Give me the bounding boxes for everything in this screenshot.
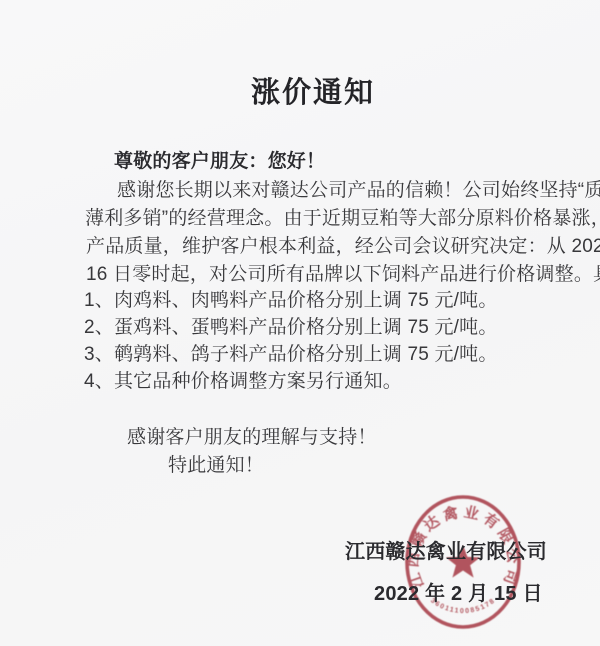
list-item-2: 2、蛋鸡料、蛋鸭料产品价格分别上调 75 元/吨。 bbox=[84, 318, 498, 337]
paragraph-line-1: 感谢您长期以来对赣达公司产品的信赖！公司始终坚持“质量第一、 bbox=[117, 181, 600, 200]
paragraph-line-4: 16 日零时起，对公司所有品牌以下饲料产品进行价格调整。具体如下： bbox=[86, 265, 600, 284]
notice-document: 涨价通知 尊敬的客户朋友：您好！ 感谢您长期以来对赣达公司产品的信赖！公司始终坚… bbox=[0, 0, 600, 646]
company-signature: 江西赣达禽业有限公司 bbox=[345, 543, 547, 562]
list-item-3: 3、鹌鹑料、鸽子料产品价格分别上调 75 元/吨。 bbox=[84, 345, 498, 364]
salutation: 尊敬的客户朋友：您好！ bbox=[114, 152, 325, 171]
notice-date: 2022 年 2 月 15 日 bbox=[374, 585, 543, 604]
page-title: 涨价通知 bbox=[0, 70, 600, 111]
list-item-4: 4、其它品种价格调整方案另行通知。 bbox=[84, 372, 402, 391]
paragraph-line-3: 产品质量，维护客户根本利益，经公司会议研究决定：从 2022 年 2 月 bbox=[86, 237, 600, 256]
paragraph-line-2: 薄利多销”的经营理念。由于近期豆粕等大部分原料价格暴涨，为保证 bbox=[85, 209, 600, 228]
hereby-notice-line: 特此通知！ bbox=[168, 456, 264, 475]
thanks-line: 感谢客户朋友的理解与支持！ bbox=[127, 428, 377, 447]
list-item-1: 1、肉鸡料、肉鸭料产品价格分别上调 75 元/吨。 bbox=[84, 291, 498, 310]
